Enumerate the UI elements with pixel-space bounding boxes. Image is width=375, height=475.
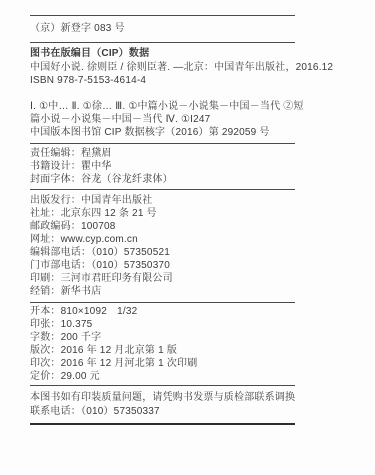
price-line: 定价：29.00 元 (30, 370, 295, 383)
divider-bottom (30, 423, 295, 425)
website-line: 网址：www.cyp.com.cn (30, 233, 295, 246)
distributor-line: 经销：新华书店 (30, 285, 295, 298)
cip-data-section: 图书在版编目（CIP）数据 中国好小说. 徐则臣 / 徐则臣著. —北京：中国青… (30, 43, 295, 143)
copyright-page: （京）新登字 083 号 图书在版编目（CIP）数据 中国好小说. 徐则臣 / … (30, 15, 295, 425)
isbn-line: ISBN 978-7-5153-4614-4 (30, 74, 295, 87)
responsible-editor-line: 责任编辑：程黛眉 (30, 147, 295, 160)
contact-phone-line: 联系电话：（010）57350337 (30, 405, 295, 419)
word-count-line: 字数：200 千字 (30, 331, 295, 344)
cip-record-number-line: 中国版本图书馆 CIP 数据核字（2016）第 292059 号 (30, 126, 295, 139)
printer-line: 印刷：三河市君旺印务有限公司 (30, 272, 295, 285)
book-design-line: 书籍设计：瞿中华 (30, 160, 295, 173)
registration-number-line: （京）新登字 083 号 (30, 22, 295, 35)
cip-classification-line-1: Ⅰ. ①中… Ⅱ. ①徐… Ⅲ. ①中篇小说－小说集－中国－当代 ②短 (30, 100, 295, 113)
cip-heading: 图书在版编目（CIP）数据 (30, 47, 295, 61)
publisher-line: 出版发行：中国青年出版社 (30, 194, 295, 207)
quality-notice-section: 本图书如有印装质量问题，请凭购书发票与质检部联系调换 联系电话：（010）573… (30, 386, 295, 423)
registration-section: （京）新登字 083 号 (30, 16, 295, 42)
print-specs-section: 开本：810×1092 1/32 印张：10.375 字数：200 千字 版次：… (30, 303, 295, 385)
cip-classification-line-2: 篇小说－小说集－中国－当代 Ⅳ. ①I247 (30, 113, 295, 126)
format-line: 开本：810×1092 1/32 (30, 305, 295, 318)
cover-font-line: 封面字体：谷龙（谷龙纤隶体） (30, 173, 295, 186)
editorial-phone-line: 编辑部电话：（010）57350521 (30, 246, 295, 259)
impression-line: 印次：2016 年 12 月河北第 1 次印刷 (30, 357, 295, 370)
postcode-line: 邮政编码：100708 (30, 220, 295, 233)
publishing-section: 出版发行：中国青年出版社 社址：北京东四 12 条 21 号 邮政编码：1007… (30, 190, 295, 302)
quality-notice-line: 本图书如有印装质量问题，请凭购书发票与质检部联系调换 (30, 391, 295, 405)
store-phone-line: 门市部电话：（010）57350370 (30, 259, 295, 272)
cip-publication-line: 中国好小说. 徐则臣 / 徐则臣著. —北京：中国青年出版社，2016.12 (30, 61, 295, 74)
credits-section: 责任编辑：程黛眉 书籍设计：瞿中华 封面字体：谷龙（谷龙纤隶体） (30, 144, 295, 189)
printed-sheets-line: 印张：10.375 (30, 318, 295, 331)
publisher-address-line: 社址：北京东四 12 条 21 号 (30, 207, 295, 220)
edition-line: 版次：2016 年 12 月北京第 1 版 (30, 344, 295, 357)
cip-spacer (30, 87, 295, 100)
